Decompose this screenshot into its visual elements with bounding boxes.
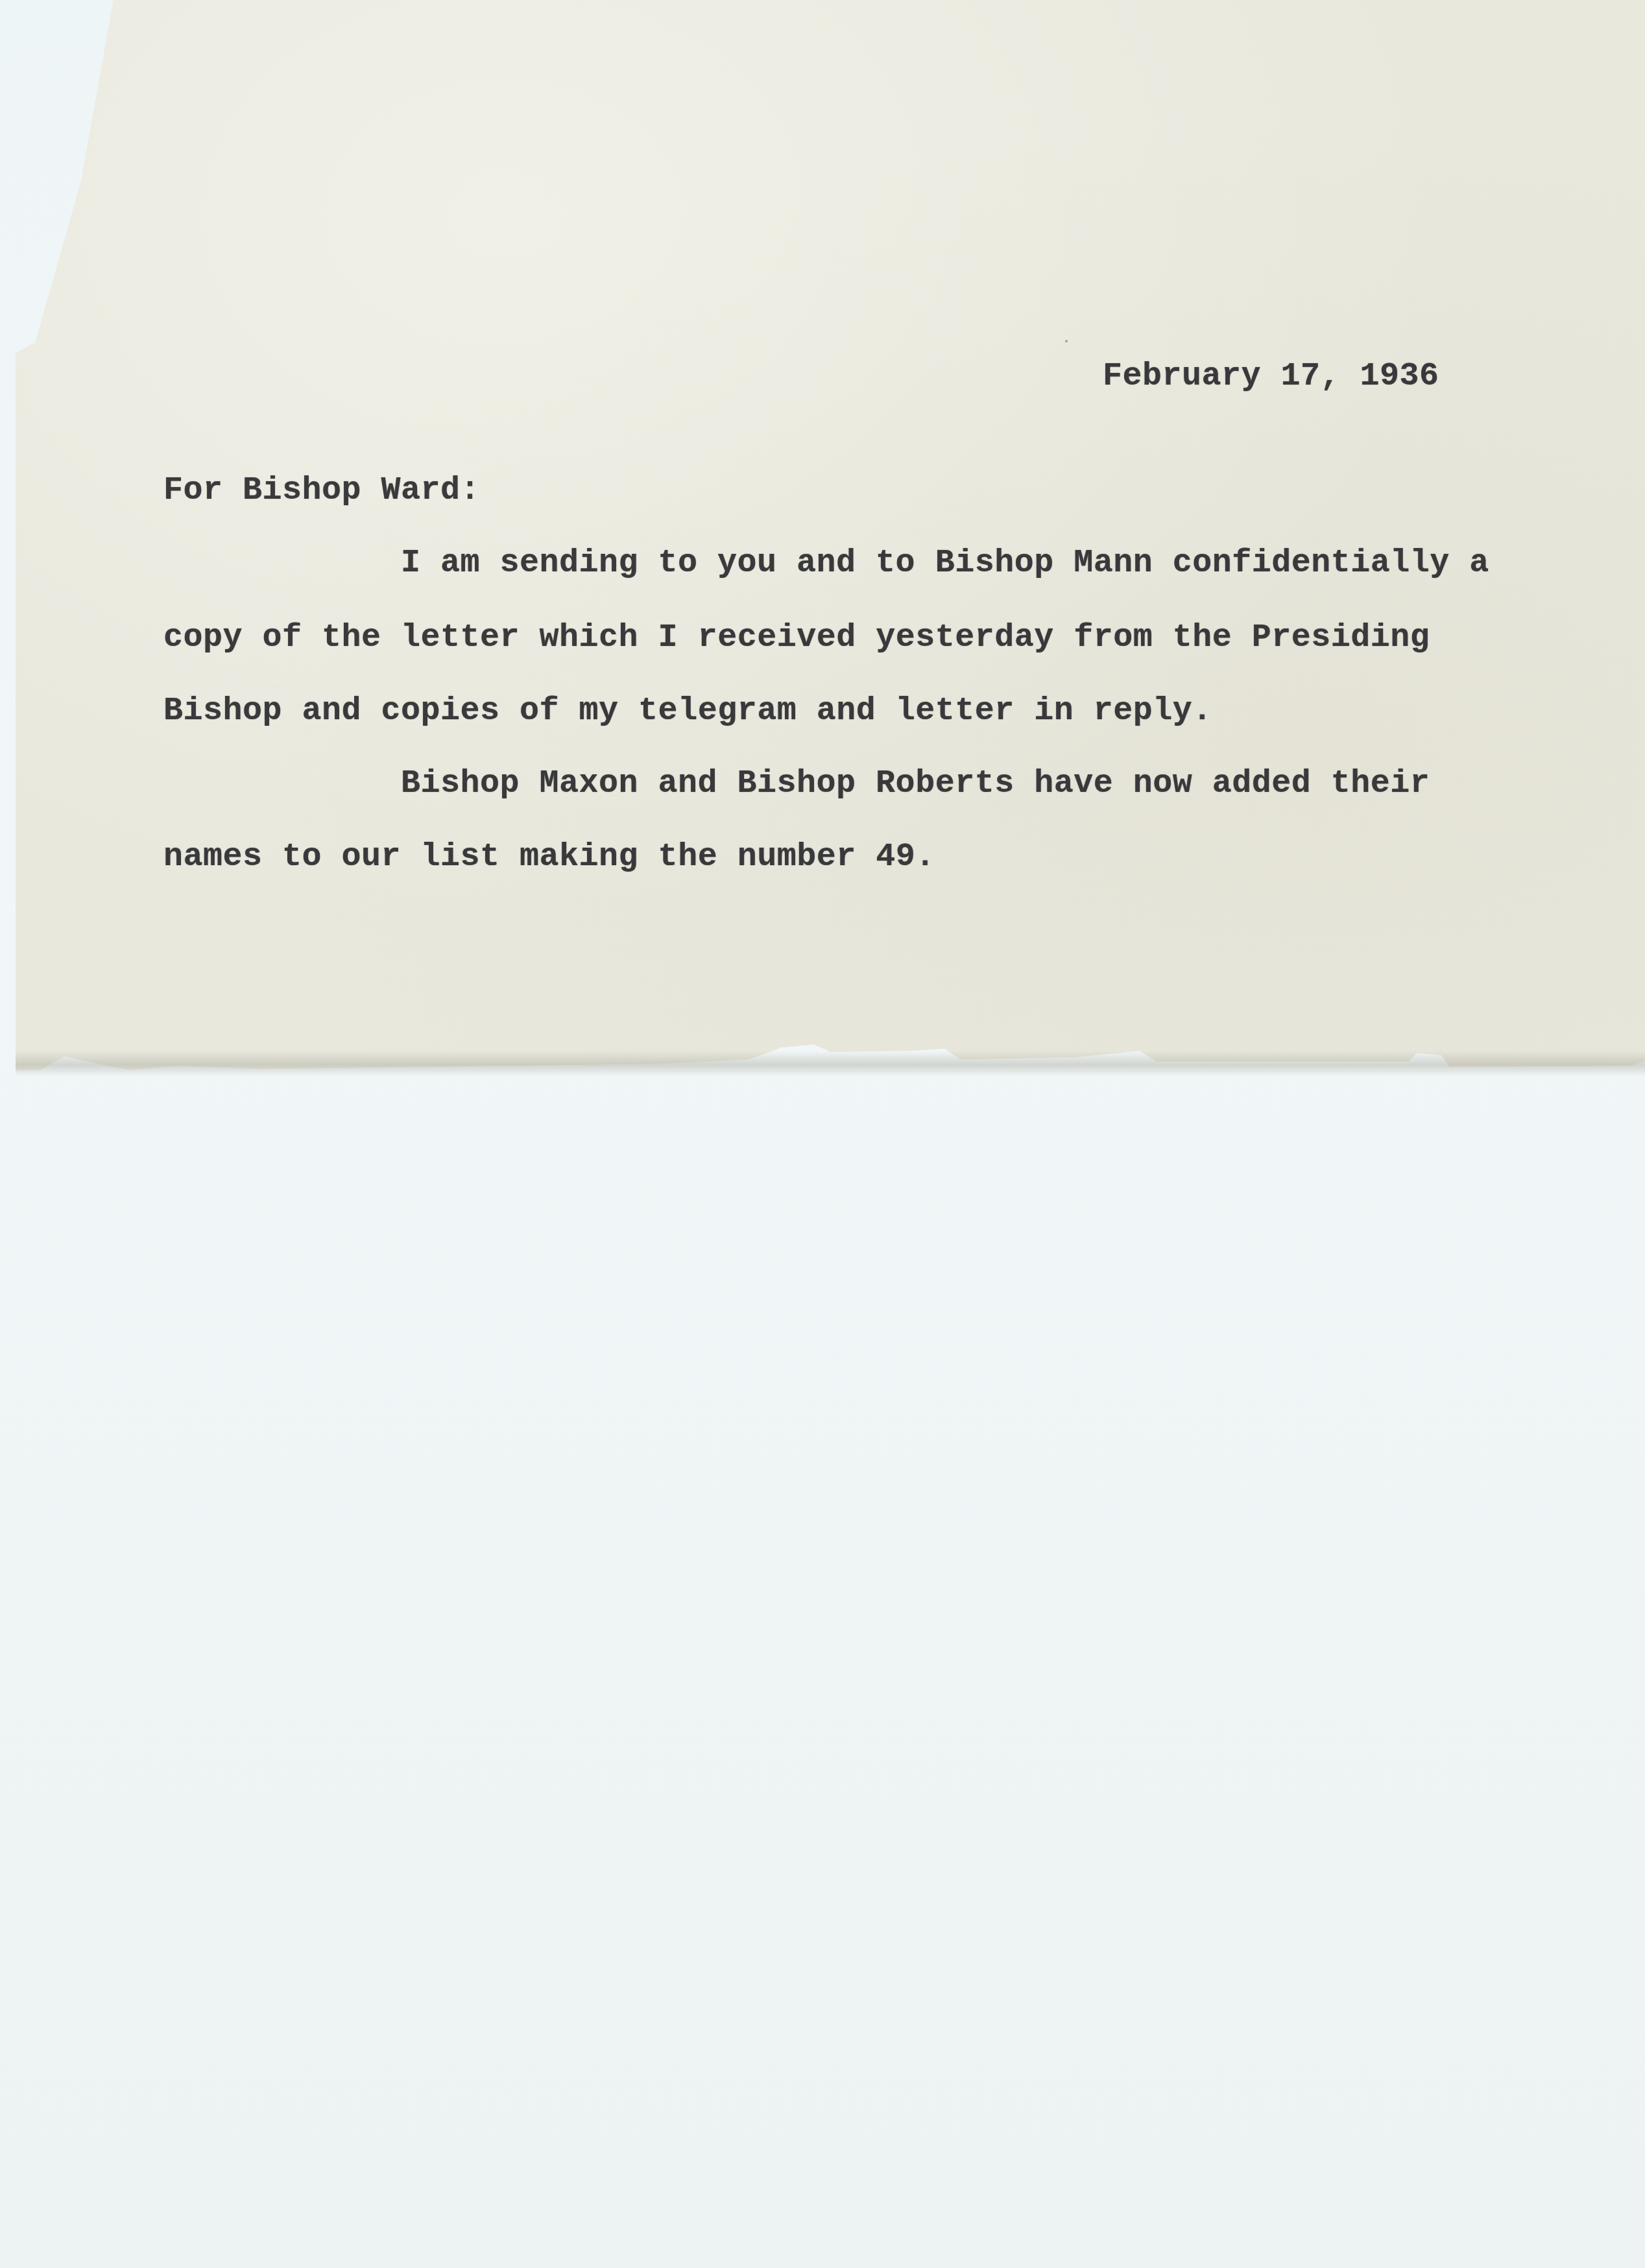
paragraph-1-line-1: I am sending to you and to Bishop Mann c… (401, 545, 1489, 582)
paragraph-1-line-3: Bishop and copies of my telegram and let… (163, 693, 1212, 730)
letter-date: February 17, 1936 (1103, 358, 1439, 395)
paragraph-2-line-2: names to our list making the number 49. (163, 839, 935, 876)
paper-sheet (16, 0, 1645, 1070)
paragraph-2-line-1: Bishop Maxon and Bishop Roberts have now… (401, 765, 1430, 802)
salutation: For Bishop Ward: (163, 472, 480, 509)
paragraph-1-line-2: copy of the letter which I received yest… (163, 619, 1430, 656)
paper-speck (1065, 340, 1068, 342)
